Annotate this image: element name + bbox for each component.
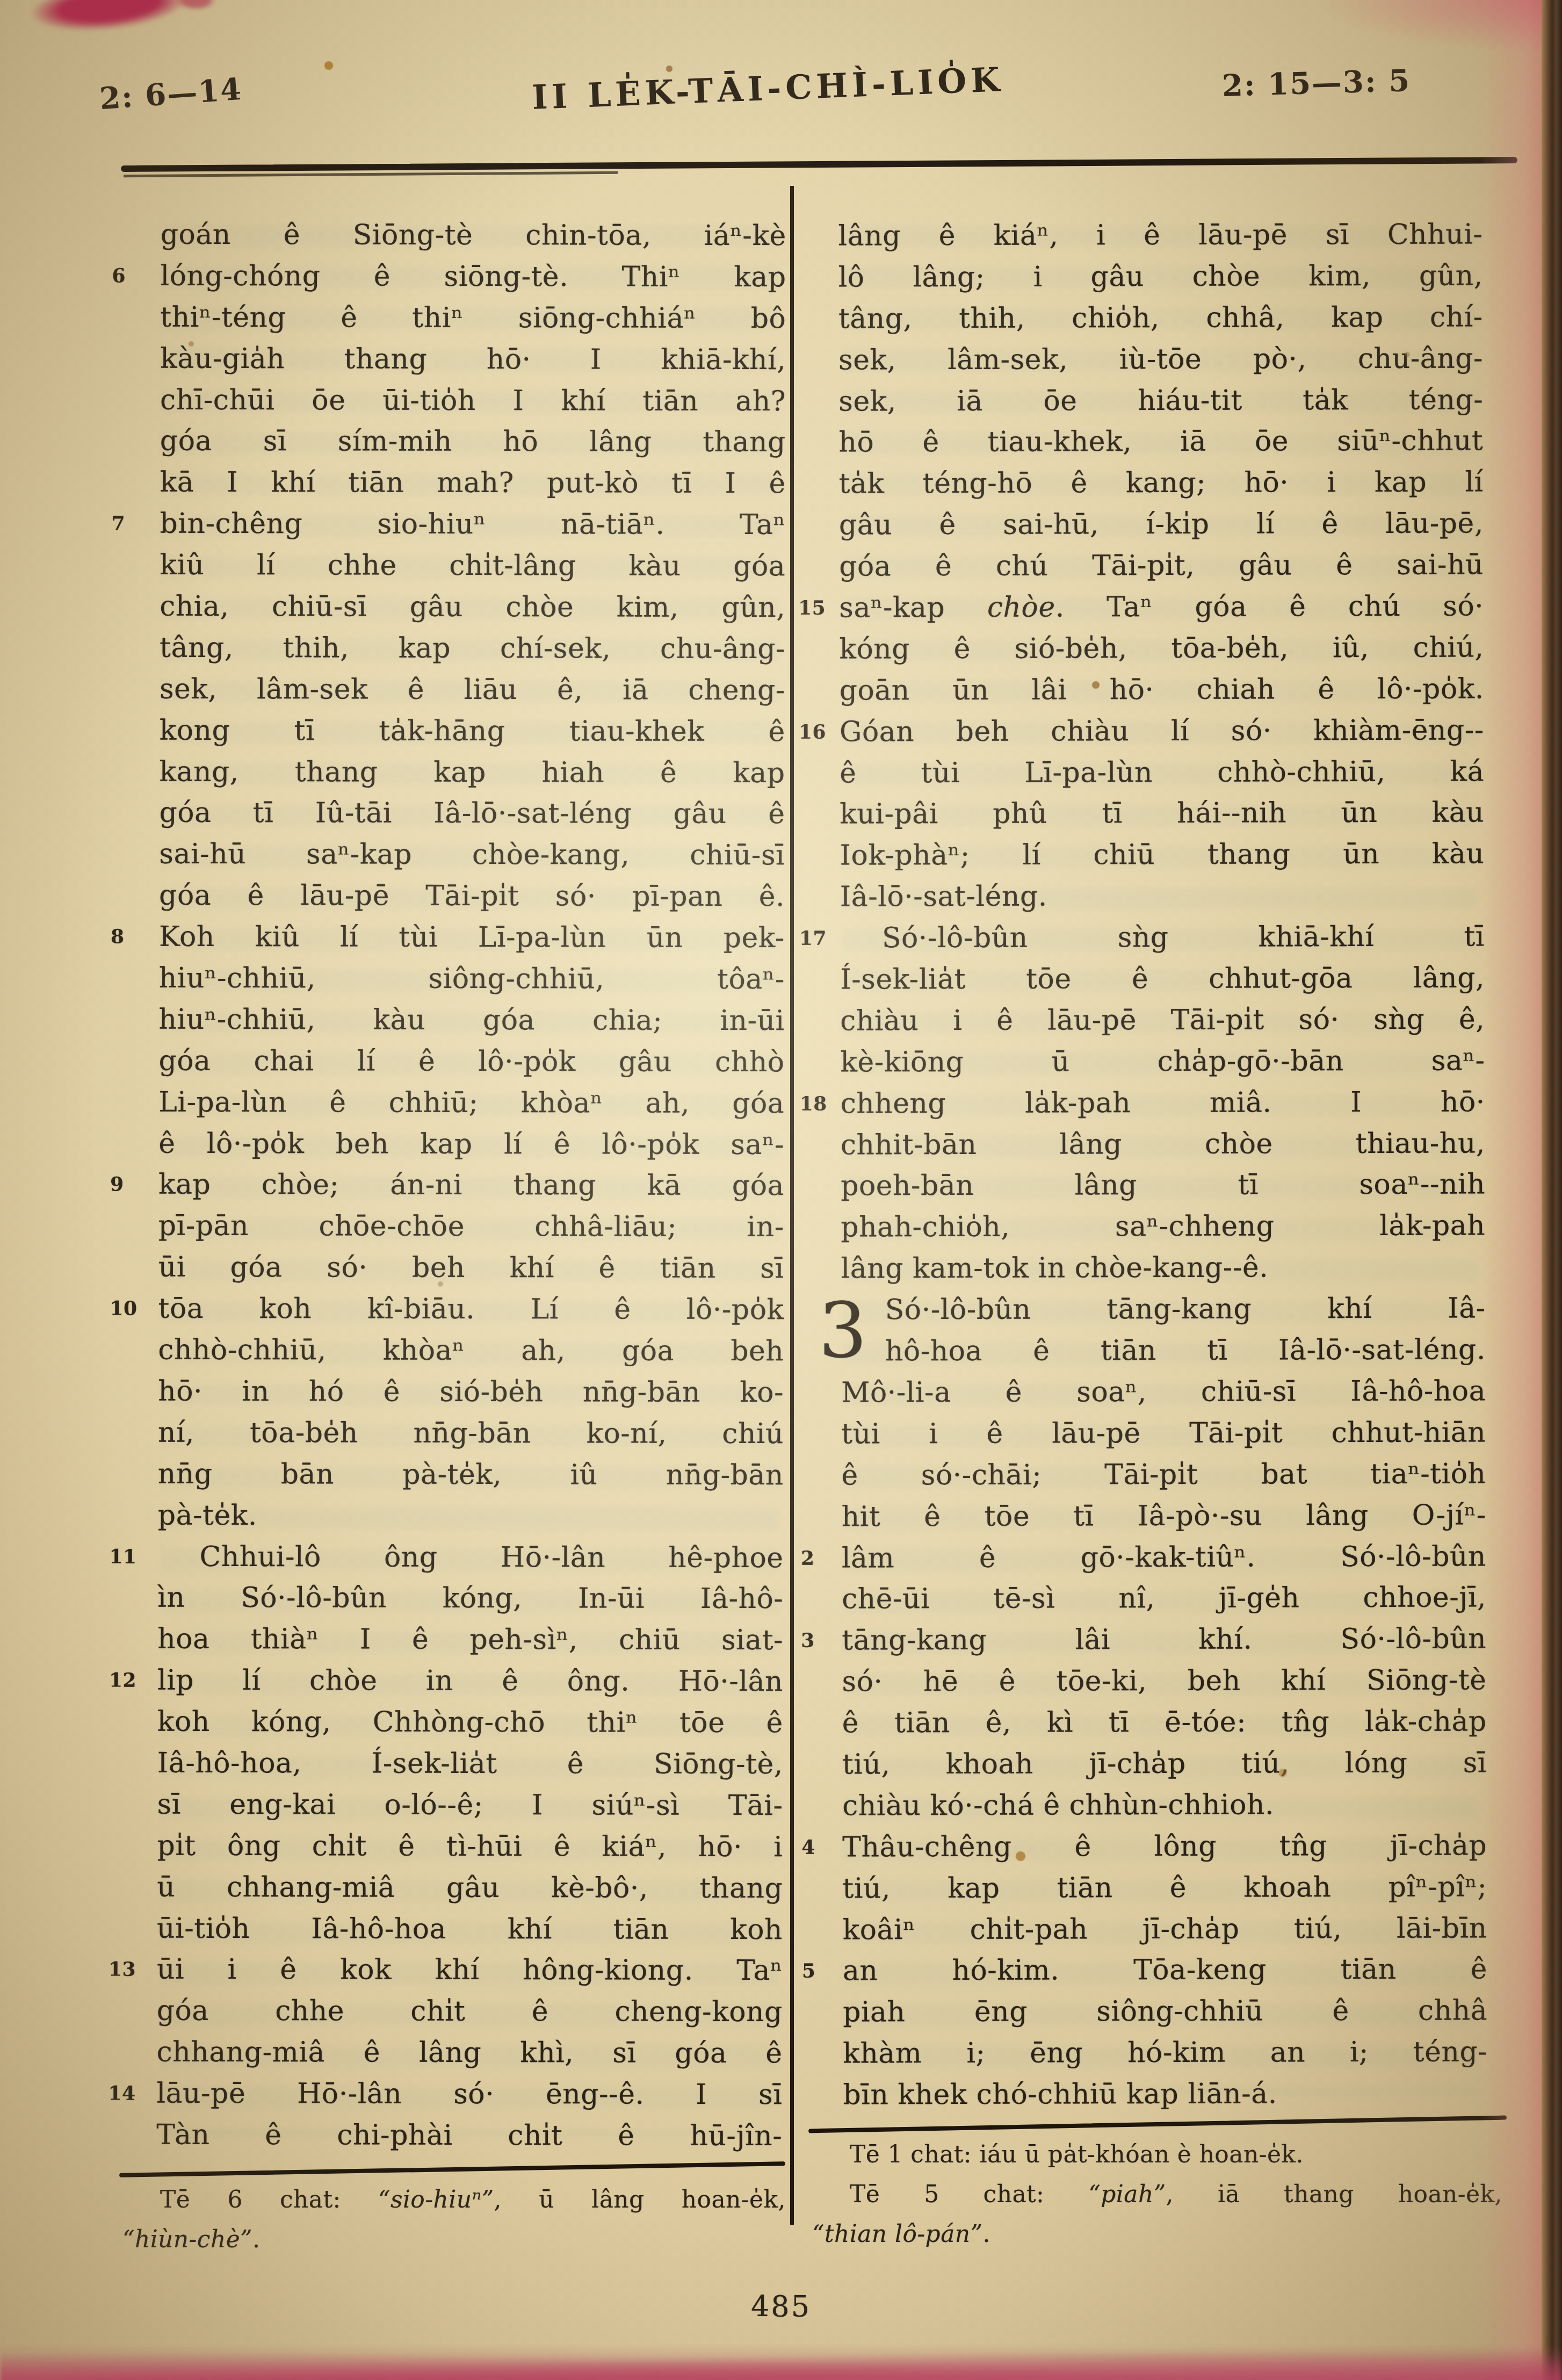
verse-text: lâm ê gō·-kak-tiûⁿ. Só·-lô-bûn <box>842 1540 1486 1574</box>
verse-text: bīn khek chó-chhiū kap liān-á. <box>843 2078 1277 2111</box>
verse-text: saⁿ-kap chòe. Taⁿ góa ê chú só· <box>839 590 1484 624</box>
verse-number: 5 <box>802 1951 834 1992</box>
verse-number: 18 <box>800 1083 832 1124</box>
verse-text: pī-pān chōe-chōe chhâ-liāu; in- <box>158 1210 784 1243</box>
text-line: sek, lâm-sek, iù-tōe pò·, chu-âng- <box>838 338 1483 381</box>
verse-text: hiuⁿ-chhiū, siông-chhiū, tôaⁿ- <box>159 962 785 996</box>
verse-text: ní, tōa-be̍h nn̄g-bān ko-ní, chiú <box>158 1417 784 1450</box>
header-rule <box>121 157 1517 172</box>
text-line: ū chhang-miâ gâu kè-bô·, thang <box>157 1866 783 1909</box>
text-line: ê tùi Lī-pa-lùn chhò-chhiū, ká <box>840 751 1484 794</box>
text-line: Tàn ê chi-phài chi̍t ê hū-jîn- <box>156 2115 782 2157</box>
verse-text: tâng, thih, chio̍h, chhâ, kap chí- <box>838 301 1483 335</box>
verse-number: 16 <box>799 711 831 753</box>
verse-text: tùi i ê lāu-pē Tāi-pi̍t chhut-hiān <box>841 1416 1486 1450</box>
text-line: ê lô·-po̍k beh kap lí ê lô·-po̍k saⁿ- <box>158 1123 784 1165</box>
text-line: chia, chiū-sī gâu chòe kim, gûn, <box>160 586 785 629</box>
verse-text: chhang-miâ ê lâng khì, sī góa ê <box>157 2036 783 2069</box>
text-line: Iâ-lō·-sat-léng. <box>840 875 1485 918</box>
footnote-line: Tē 5 chat: “piah”, iā thang hoan-e̍k, <box>812 2175 1502 2215</box>
text-line: phah-chio̍h, saⁿ-chheng la̍k-pah <box>841 1206 1485 1249</box>
verse-text: hit ê tōe tī Iâ-pò·-su lâng O-jíⁿ- <box>842 1499 1486 1533</box>
text-line: kong tī ta̍k-hāng tiau-khek ê <box>160 710 785 752</box>
verse-text: sai-hū saⁿ-kap chòe-kang, chiū-sī <box>159 838 785 871</box>
text-line: koh kóng, Chhòng-chō thiⁿ tōe ê <box>157 1701 783 1744</box>
verse-text: chiàu i ê lāu-pē Tāi-pi̍t só· sǹg ê, <box>840 1003 1485 1037</box>
text-line: hō ê tiau-khek, iā ōe siūⁿ-chhut <box>838 421 1483 464</box>
text-line: lâng kam-tok in chòe-kang--ê. <box>841 1247 1485 1290</box>
text-line: khàm i; ēng hó-kim an i; téng- <box>843 2032 1487 2075</box>
text-line: ê só·-chāi; Tāi-pi̍t bat tiaⁿ-tio̍h <box>841 1453 1486 1496</box>
verse-text: kā I khí tiān mah? put-kò tī I ê <box>160 466 786 500</box>
verse-number: 8 <box>111 917 145 958</box>
footnote-line: “hiùn-chè”. <box>122 2220 786 2260</box>
text-line: góa tī Iû-tāi Iâ-lō·-sat-léng gâu ê <box>159 792 785 835</box>
text-line: pi̍t ông chi̍t ê tì-hūi ê kiáⁿ, hō· i <box>157 1826 783 1868</box>
verse-text: ta̍k téng-hō ê kang; hō· i kap lí <box>839 466 1484 500</box>
header-verse-range-right: 2: 15—3: 5 <box>1221 63 1411 104</box>
verse-number: 13 <box>109 1949 143 1990</box>
text-line: sek, lâm-sek ê liāu ê, iā cheng- <box>160 669 785 711</box>
text-line: 4Thâu-chêng ê lông tn̂g jī-cha̍p <box>842 1825 1487 1868</box>
verse-text: góa tī Iû-tāi Iâ-lō·-sat-léng gâu ê <box>159 797 785 830</box>
verse-text: góa sī sím-mih hō lâng thang <box>160 425 786 458</box>
verse-text: kè-kiōng ū cha̍p-gō·-bān saⁿ- <box>840 1044 1485 1078</box>
verse-text: Mô·-li-a ê soaⁿ, chiū-sī Iâ-hô-hoa <box>841 1375 1486 1409</box>
verse-text: góa ê lāu-pē Tāi-pi̍t só· pī-pan ê. <box>159 879 785 913</box>
italic-text-segment: chòe <box>987 592 1055 624</box>
text-line: chiàu kó·-chá ê chhùn-chhioh. <box>842 1784 1487 1827</box>
text-line: chē-ūi tē-sì nî, jī-ge̍h chhoe-jī, <box>842 1577 1486 1620</box>
verse-text: ê lô·-po̍k beh kap lí ê lô·-po̍k saⁿ- <box>158 1127 784 1160</box>
verse-text: kóng ê sió-be̍h, tōa-be̍h, iû, chiú, <box>839 631 1484 665</box>
verse-number: 17 <box>799 918 831 960</box>
verse-text: Í-sek-lia̍t tōe ê chhut-gōa lâng, <box>840 962 1485 996</box>
italic-text-segment: “sio-hiuⁿ” <box>378 2186 494 2213</box>
verse-number: 15 <box>798 588 830 629</box>
text-line: tiú, kap tiān ê khoah pîⁿ-pîⁿ; <box>842 1866 1487 1909</box>
text-line: hiuⁿ-chhiū, siông-chhiū, tôaⁿ- <box>159 958 785 1000</box>
verse-text: bin-chêng sio-hiuⁿ nā-tiāⁿ. Taⁿ <box>160 508 786 541</box>
verse-text: Iok-phàⁿ; lí chiū thang ūn kàu <box>840 838 1484 872</box>
verse-text: hō ê tiau-khek, iā ōe siūⁿ-chhut <box>838 425 1483 459</box>
footnote-rule-left <box>119 2161 785 2177</box>
text-line: 2lâm ê gō·-kak-tiûⁿ. Só·-lô-bûn <box>842 1536 1486 1579</box>
text-line: ê tiān ê, kì tī ē-tóe: tn̂g la̍k-cha̍p <box>842 1701 1487 1744</box>
verse-text: poeh-bān lâng tī soaⁿ--nih <box>841 1169 1485 1202</box>
text-line: 9kap chòe; án-ni thang kā góa <box>158 1164 784 1207</box>
text-segment: . <box>252 2226 260 2253</box>
text-segment: . Taⁿ góa ê chú só· <box>1055 590 1484 623</box>
text-line: tâng, thih, chio̍h, chhâ, kap chí- <box>838 297 1483 340</box>
verse-text: chhò-chhiū, khòaⁿ ah, góa beh <box>158 1334 784 1367</box>
verse-text: tōa koh kî-biāu. Lí ê lô·-po̍k <box>158 1293 784 1326</box>
verse-text: lâng kam-tok in chòe-kang--ê. <box>841 1252 1268 1285</box>
verse-text: tiú, kap tiān ê khoah pîⁿ-pîⁿ; <box>842 1871 1487 1905</box>
verse-number: 7 <box>111 503 146 545</box>
text-line: 8Koh kiû lí tùi Lī-pa-lùn ūn pek- <box>159 917 785 959</box>
verse-text: nn̄g bān pà-te̍k, iû nn̄g-bān <box>158 1458 784 1491</box>
italic-text-segment: “thian lô-pán” <box>812 2220 982 2248</box>
verse-text: goān ūn lâi hō· chiah ê lô·-po̍k. <box>840 673 1484 706</box>
verse-text: Koh kiû lí tùi Lī-pa-lùn ūn pek- <box>159 921 785 954</box>
verse-number: 2 <box>801 1538 833 1579</box>
text-line: só· hē ê tōe-ki, beh khí Siōng-tè <box>842 1660 1486 1703</box>
text-line: 6lóng-chóng ê siōng-tè. Thiⁿ kap <box>160 256 786 298</box>
footnote-rule-right <box>808 2116 1507 2133</box>
red-edge-stain-top-left <box>29 0 189 37</box>
text-segment: saⁿ-kap <box>839 592 987 624</box>
verse-text: chheng la̍k-pah miâ. I hō· <box>841 1086 1485 1120</box>
verse-text: ê só·-chāi; Tāi-pi̍t bat tiaⁿ-tio̍h <box>841 1458 1486 1491</box>
verse-text: ìn Só·-lô-bûn kóng, In-ūi Iâ-hô- <box>157 1582 783 1615</box>
verse-text: phah-chio̍h, saⁿ-chheng la̍k-pah <box>841 1210 1485 1244</box>
column-divider-rule <box>790 186 794 2225</box>
verse-text: tiú, khoah jī-cha̍p tiú, lóng sī <box>842 1747 1487 1780</box>
text-line: chhò-chhiū, khòaⁿ ah, góa beh <box>158 1330 784 1372</box>
verse-text: an hó-kim. Tōa-keng tiān ê <box>843 1953 1487 1987</box>
text-line: 10tōa koh kî-biāu. Lí ê lô·-po̍k <box>158 1288 784 1331</box>
verse-number: 4 <box>801 1827 834 1868</box>
text-line: ūi-tio̍h Iâ-hô-hoa khí tiān koh <box>157 1908 783 1950</box>
verse-text: hō· in hó ê sió-be̍h nn̄g-bān ko- <box>158 1375 784 1409</box>
verse-text: ê tùi Lī-pa-lùn chhò-chhiū, ká <box>840 755 1484 789</box>
verse-number: 11 <box>109 1536 143 1577</box>
header-rule-echo <box>124 171 618 177</box>
red-edge-stain-bottom <box>0 2345 1562 2380</box>
verse-text: ūi-tio̍h Iâ-hô-hoa khí tiān koh <box>157 1912 783 1945</box>
text-line: tùi i ê lāu-pē Tāi-pi̍t chhut-hiān <box>841 1412 1486 1455</box>
text-line: Iâ-hô-hoa, Í-sek-lia̍t ê Siōng-tè, <box>157 1743 783 1785</box>
text-line: chhit-bān lâng chòe thiau-hu, <box>841 1123 1485 1166</box>
left-text-column: goán ê Siōng-tè chin-tōa, iáⁿ-kè6lóng-ch… <box>156 214 786 2157</box>
text-line: chhang-miâ ê lâng khì, sī góa ê <box>157 2032 783 2074</box>
page-number: 485 <box>0 2290 1562 2324</box>
verse-number: 9 <box>110 1164 144 1206</box>
verse-text: Iâ-hô-hoa, Í-sek-lia̍t ê Siōng-tè, <box>157 1747 783 1780</box>
verse-text: sek, lâm-sek, iù-tōe pò·, chu-âng- <box>838 342 1483 376</box>
text-line: lâng ê kiáⁿ, i ê lāu-pē sī Chhui- <box>838 214 1483 257</box>
text-line: pà-te̍k. <box>158 1495 784 1537</box>
text-line: ní, tōa-be̍h nn̄g-bān ko-ní, chiú <box>158 1412 784 1455</box>
verse-text: koh kóng, Chhòng-chō thiⁿ tōe ê <box>157 1706 783 1739</box>
text-line: góa chai lí ê lô·-po̍k gâu chhò <box>158 1041 784 1083</box>
verse-text: kap chòe; án-ni thang kā góa <box>158 1169 784 1202</box>
verse-text: lô lâng; i gâu chòe kim, gûn, <box>838 259 1483 293</box>
verse-text: lóng-chóng ê siōng-tè. Thiⁿ kap <box>160 260 786 293</box>
text-line: ūi góa só· beh khí ê tiān sī <box>158 1247 784 1289</box>
text-segment: Tē 1 chat: iáu ū pa̍t-khóan è hoan-e̍k. <box>850 2141 1304 2168</box>
verse-text: chiàu kó·-chá ê chhùn-chhioh. <box>842 1788 1274 1822</box>
text-line: 13ūi i ê kok khí hông-kiong. Taⁿ <box>157 1949 783 1992</box>
text-line: nn̄g bān pà-te̍k, iû nn̄g-bān <box>158 1453 784 1496</box>
footnote-line: Tē 1 chat: iáu ū pa̍t-khóan è hoan-e̍k. <box>812 2135 1502 2175</box>
red-edge-stain-top-right <box>1315 0 1562 54</box>
text-line: 3Só·-lô-bûn tāng-kang khí Iâ- <box>841 1288 1486 1331</box>
text-line: hit ê tōe tī Iâ-pò·-su lâng O-jíⁿ- <box>842 1495 1486 1538</box>
text-line: Í-sek-lia̍t tōe ê chhut-gōa lâng, <box>840 957 1485 1000</box>
text-line: kui-pâi phû tī hái--nih ūn kàu <box>840 792 1484 835</box>
verse-text: ūi i ê kok khí hông-kiong. Taⁿ <box>157 1953 783 1987</box>
verse-number: 3 <box>801 1620 833 1662</box>
text-segment: , ū lâng hoan-e̍k, <box>494 2186 786 2213</box>
verse-text: tāng-kang lâi khí. Só·-lô-bûn <box>842 1623 1486 1657</box>
header-verse-range-left: 2: 6—14 <box>98 71 243 117</box>
text-line: 14lāu-pē Hō·-lân só· ēng--ê. I sī <box>156 2073 782 2116</box>
text-line: goán ê Siōng-tè chin-tōa, iáⁿ-kè <box>161 214 786 257</box>
verse-text: só· hē ê tōe-ki, beh khí Siōng-tè <box>842 1664 1486 1698</box>
verse-text: góa chai lí ê lô·-po̍k gâu chhò <box>158 1045 784 1078</box>
verse-number: 6 <box>112 255 146 297</box>
verse-text: chē-ūi tē-sì nî, jī-ge̍h chhoe-jī, <box>842 1582 1486 1615</box>
text-line: góa ê lāu-pē Tāi-pi̍t só· pī-pan ê. <box>159 875 785 918</box>
book-page-scan: 2: 6—14 II LE̍K-TĀI-CHÌ-LIO̍K 2: 15—3: 5… <box>0 0 1562 2380</box>
verse-text: kong tī ta̍k-hāng tiau-khek ê <box>160 714 785 747</box>
text-line: Li-pa-lùn ê chhiū; khòaⁿ ah, góa <box>158 1081 784 1124</box>
verse-text: goán ê Siōng-tè chin-tōa, iáⁿ-kè <box>161 219 786 252</box>
text-line: 3tāng-kang lâi khí. Só·-lô-bûn <box>842 1619 1486 1662</box>
text-line: chiàu i ê lāu-pē Tāi-pi̍t só· sǹg ê, <box>840 999 1485 1042</box>
verse-text: Iâ-lō·-sat-léng. <box>840 881 1047 913</box>
text-segment: . <box>982 2220 990 2248</box>
verse-text: hiuⁿ-chhiū, kàu góa chia; in-ūi <box>159 1004 785 1037</box>
text-line: kè-kiōng ū cha̍p-gō·-bān saⁿ- <box>840 1040 1485 1083</box>
text-line: chī-chūi ōe ūi-tio̍h I khí tiān ah? <box>160 379 786 422</box>
verse-text: ê tiān ê, kì tī ē-tóe: tn̂g la̍k-cha̍p <box>842 1705 1487 1739</box>
text-line: kiû lí chhe chi̍t-lâng kàu góa <box>160 545 785 587</box>
verse-text: lip lí chòe in ê ông. Hō·-lân <box>157 1664 783 1698</box>
text-line: piah ēng siông-chhiū ê chhâ <box>843 1990 1487 2033</box>
text-line: sī eng-kai o-ló--ê; I siúⁿ-sì Tāi- <box>157 1784 783 1827</box>
text-line: poeh-bān lâng tī soaⁿ--nih <box>841 1164 1485 1207</box>
verse-text: gâu ê sai-hū, í-ki̍p lí ê lāu-pē, <box>839 508 1484 542</box>
verse-text: chī-chūi ōe ūi-tio̍h I khí tiān ah? <box>160 384 786 417</box>
text-line: Iok-phàⁿ; lí chiū thang ūn kàu <box>840 834 1484 877</box>
text-line: gâu ê sai-hū, í-ki̍p lí ê lāu-pē, <box>839 503 1484 546</box>
text-line: goān ūn lâi hō· chiah ê lô·-po̍k. <box>840 668 1484 711</box>
text-line: hô-hoa ê tiān tī Iâ-lō·-sat-léng. <box>841 1329 1486 1372</box>
verse-text: kui-pâi phû tī hái--nih ūn kàu <box>840 797 1484 831</box>
text-line: sek, iā ōe hiáu-tit ta̍k téng- <box>838 379 1483 422</box>
text-line: ìn Só·-lô-bûn kóng, In-ūi Iâ-hô- <box>157 1577 783 1620</box>
text-line: kàu-gia̍h thang hō· I khiā-khí, <box>160 338 786 380</box>
text-line: pī-pān chōe-chōe chhâ-liāu; in- <box>158 1206 784 1248</box>
verse-text: kang, thang kap hiah ê kap <box>160 755 785 789</box>
verse-text: góa ê chú Tāi-pi̍t, gâu ê sai-hū <box>839 549 1484 583</box>
text-line: hoa thiàⁿ I ê peh-sìⁿ, chiū siat- <box>157 1619 783 1661</box>
verse-text: chhit-bān lâng chòe thiau-hu, <box>841 1127 1485 1161</box>
text-segment: Tē 5 chat: <box>850 2181 1088 2208</box>
verse-text: kiû lí chhe chi̍t-lâng kàu góa <box>160 549 785 582</box>
text-line: 17Só·-lô-bûn sǹg khiā-khí tī <box>840 917 1485 960</box>
text-line: 5an hó-kim. Tōa-keng tiān ê <box>843 1949 1487 1992</box>
verse-text: lāu-pē Hō·-lân só· ēng--ê. I sī <box>156 2078 782 2111</box>
italic-text-segment: “piah” <box>1088 2181 1166 2208</box>
footnote-left: Tē 6 chat: “sio-hiuⁿ”, ū lâng hoan-e̍k,“… <box>122 2180 786 2260</box>
verse-text: Thâu-chêng ê lông tn̂g jī-cha̍p <box>842 1829 1487 1863</box>
footnote-right: Tē 1 chat: iáu ū pa̍t-khóan è hoan-e̍k.T… <box>812 2135 1502 2254</box>
right-text-column: lâng ê kiáⁿ, i ê lāu-pē sī Chhui-lô lâng… <box>838 214 1487 2116</box>
verse-text: sek, lâm-sek ê liāu ê, iā cheng- <box>160 673 785 706</box>
page-title: II LE̍K-TĀI-CHÌ-LIO̍K <box>531 60 1005 117</box>
verse-text: sek, iā ōe hiáu-tit ta̍k téng- <box>838 384 1483 417</box>
red-edge-stain-top-left-small <box>177 0 215 10</box>
verse-text: hô-hoa ê tiān tī Iâ-lō·-sat-léng. <box>885 1333 1486 1367</box>
verse-text: khàm i; ēng hó-kim an i; téng- <box>843 2036 1487 2070</box>
book-page-edges <box>1542 0 1562 2380</box>
verse-text: hoa thiàⁿ I ê peh-sìⁿ, chiū siat- <box>157 1623 783 1656</box>
verse-text: tâng, thih, kap chí-sek, chu-âng- <box>160 632 785 665</box>
text-line: kóng ê sió-be̍h, tōa-be̍h, iû, chiú, <box>839 627 1484 670</box>
verse-number: 12 <box>109 1660 143 1701</box>
text-line: 15saⁿ-kap chòe. Taⁿ góa ê chú só· <box>839 586 1484 629</box>
text-line: koâiⁿ chi̍t-pah jī-cha̍p tiú, lāi-bīn <box>843 1908 1487 1951</box>
text-segment: , iā thang hoan-e̍k, <box>1166 2181 1502 2208</box>
text-line: góa sī sím-mih hō lâng thang <box>160 421 786 463</box>
text-line: góa chhe chi̍t ê cheng-kong <box>157 1990 783 2033</box>
verse-text: piah ēng siông-chhiū ê chhâ <box>843 1995 1487 2029</box>
verse-text: ūi góa só· beh khí ê tiān sī <box>158 1251 784 1285</box>
text-line: ta̍k téng-hō ê kang; hō· i kap lí <box>839 462 1484 505</box>
verse-text: kàu-gia̍h thang hō· I khiā-khí, <box>160 342 786 376</box>
verse-text: chia, chiū-sī gâu chòe kim, gûn, <box>160 590 785 624</box>
footnote-line: Tē 6 chat: “sio-hiuⁿ”, ū lâng hoan-e̍k, <box>122 2180 786 2220</box>
verse-text: pà-te̍k. <box>158 1499 257 1531</box>
verse-number: 14 <box>108 2073 142 2115</box>
text-segment: Tē 6 chat: <box>160 2186 378 2213</box>
text-line: bīn khek chó-chhiū kap liān-á. <box>843 2073 1487 2116</box>
text-line: tiú, khoah jī-cha̍p tiú, lóng sī <box>842 1742 1487 1785</box>
verse-text: koâiⁿ chi̍t-pah jī-cha̍p tiú, lāi-bīn <box>843 1912 1487 1946</box>
text-line: 16Góan beh chiàu lí só· khiàm-ēng-- <box>840 710 1484 753</box>
verse-number: 10 <box>110 1288 144 1330</box>
red-edge-stain-right <box>1480 0 1542 2380</box>
verse-text: Só·-lô-bûn sǹg khiā-khí tī <box>882 921 1485 955</box>
text-line: Mô·-li-a ê soaⁿ, chiū-sī Iâ-hô-hoa <box>841 1371 1486 1413</box>
verse-text: pi̍t ông chi̍t ê tì-hūi ê kiáⁿ, hō· i <box>157 1830 783 1863</box>
verse-text: Tàn ê chi-phài chi̍t ê hū-jîn- <box>156 2119 782 2152</box>
verse-text: Góan beh chiàu lí só· khiàm-ēng-- <box>840 714 1484 748</box>
text-line: 7bin-chêng sio-hiuⁿ nā-tiāⁿ. Taⁿ <box>160 503 785 546</box>
verse-text: sī eng-kai o-ló--ê; I siúⁿ-sì Tāi- <box>157 1788 783 1822</box>
text-line: hiuⁿ-chhiū, kàu góa chia; in-ūi <box>159 999 785 1042</box>
text-line: kā I khí tiān mah? put-kò tī I ê <box>160 462 786 504</box>
text-line: lô lâng; i gâu chòe kim, gûn, <box>838 255 1483 298</box>
footnote-line: “thian lô-pán”. <box>812 2215 1502 2254</box>
text-line: thiⁿ-téng ê thiⁿ siōng-chhiáⁿ bô <box>160 297 786 340</box>
text-line: kang, thang kap hiah ê kap <box>160 751 785 794</box>
text-line: sai-hū saⁿ-kap chòe-kang, chiū-sī <box>159 834 785 876</box>
verse-text: thiⁿ-téng ê thiⁿ siōng-chhiáⁿ bô <box>160 301 786 335</box>
text-line: 18chheng la̍k-pah miâ. I hō· <box>841 1081 1485 1124</box>
text-line: tâng, thih, kap chí-sek, chu-âng- <box>160 628 785 670</box>
verse-text: lâng ê kiáⁿ, i ê lāu-pē sī Chhui- <box>838 218 1483 252</box>
verse-text: ū chhang-miâ gâu kè-bô·, thang <box>157 1871 783 1904</box>
verse-text: Li-pa-lùn ê chhiū; khòaⁿ ah, góa <box>158 1086 784 1119</box>
verse-text: Só·-lô-bûn tāng-kang khí Iâ- <box>885 1293 1486 1326</box>
text-line: hō· in hó ê sió-be̍h nn̄g-bān ko- <box>158 1371 784 1413</box>
verse-text: Chhui-lô ông Hō·-lân hê-phoe <box>199 1540 783 1574</box>
verse-text: góa chhe chi̍t ê cheng-kong <box>157 1995 783 2028</box>
text-line: 11Chhui-lô ông Hō·-lân hê-phoe <box>157 1536 783 1578</box>
text-line: góa ê chú Tāi-pi̍t, gâu ê sai-hū <box>839 545 1484 588</box>
italic-text-segment: “hiùn-chè” <box>122 2226 252 2253</box>
text-line: 12lip lí chòe in ê ông. Hō·-lân <box>157 1660 783 1703</box>
